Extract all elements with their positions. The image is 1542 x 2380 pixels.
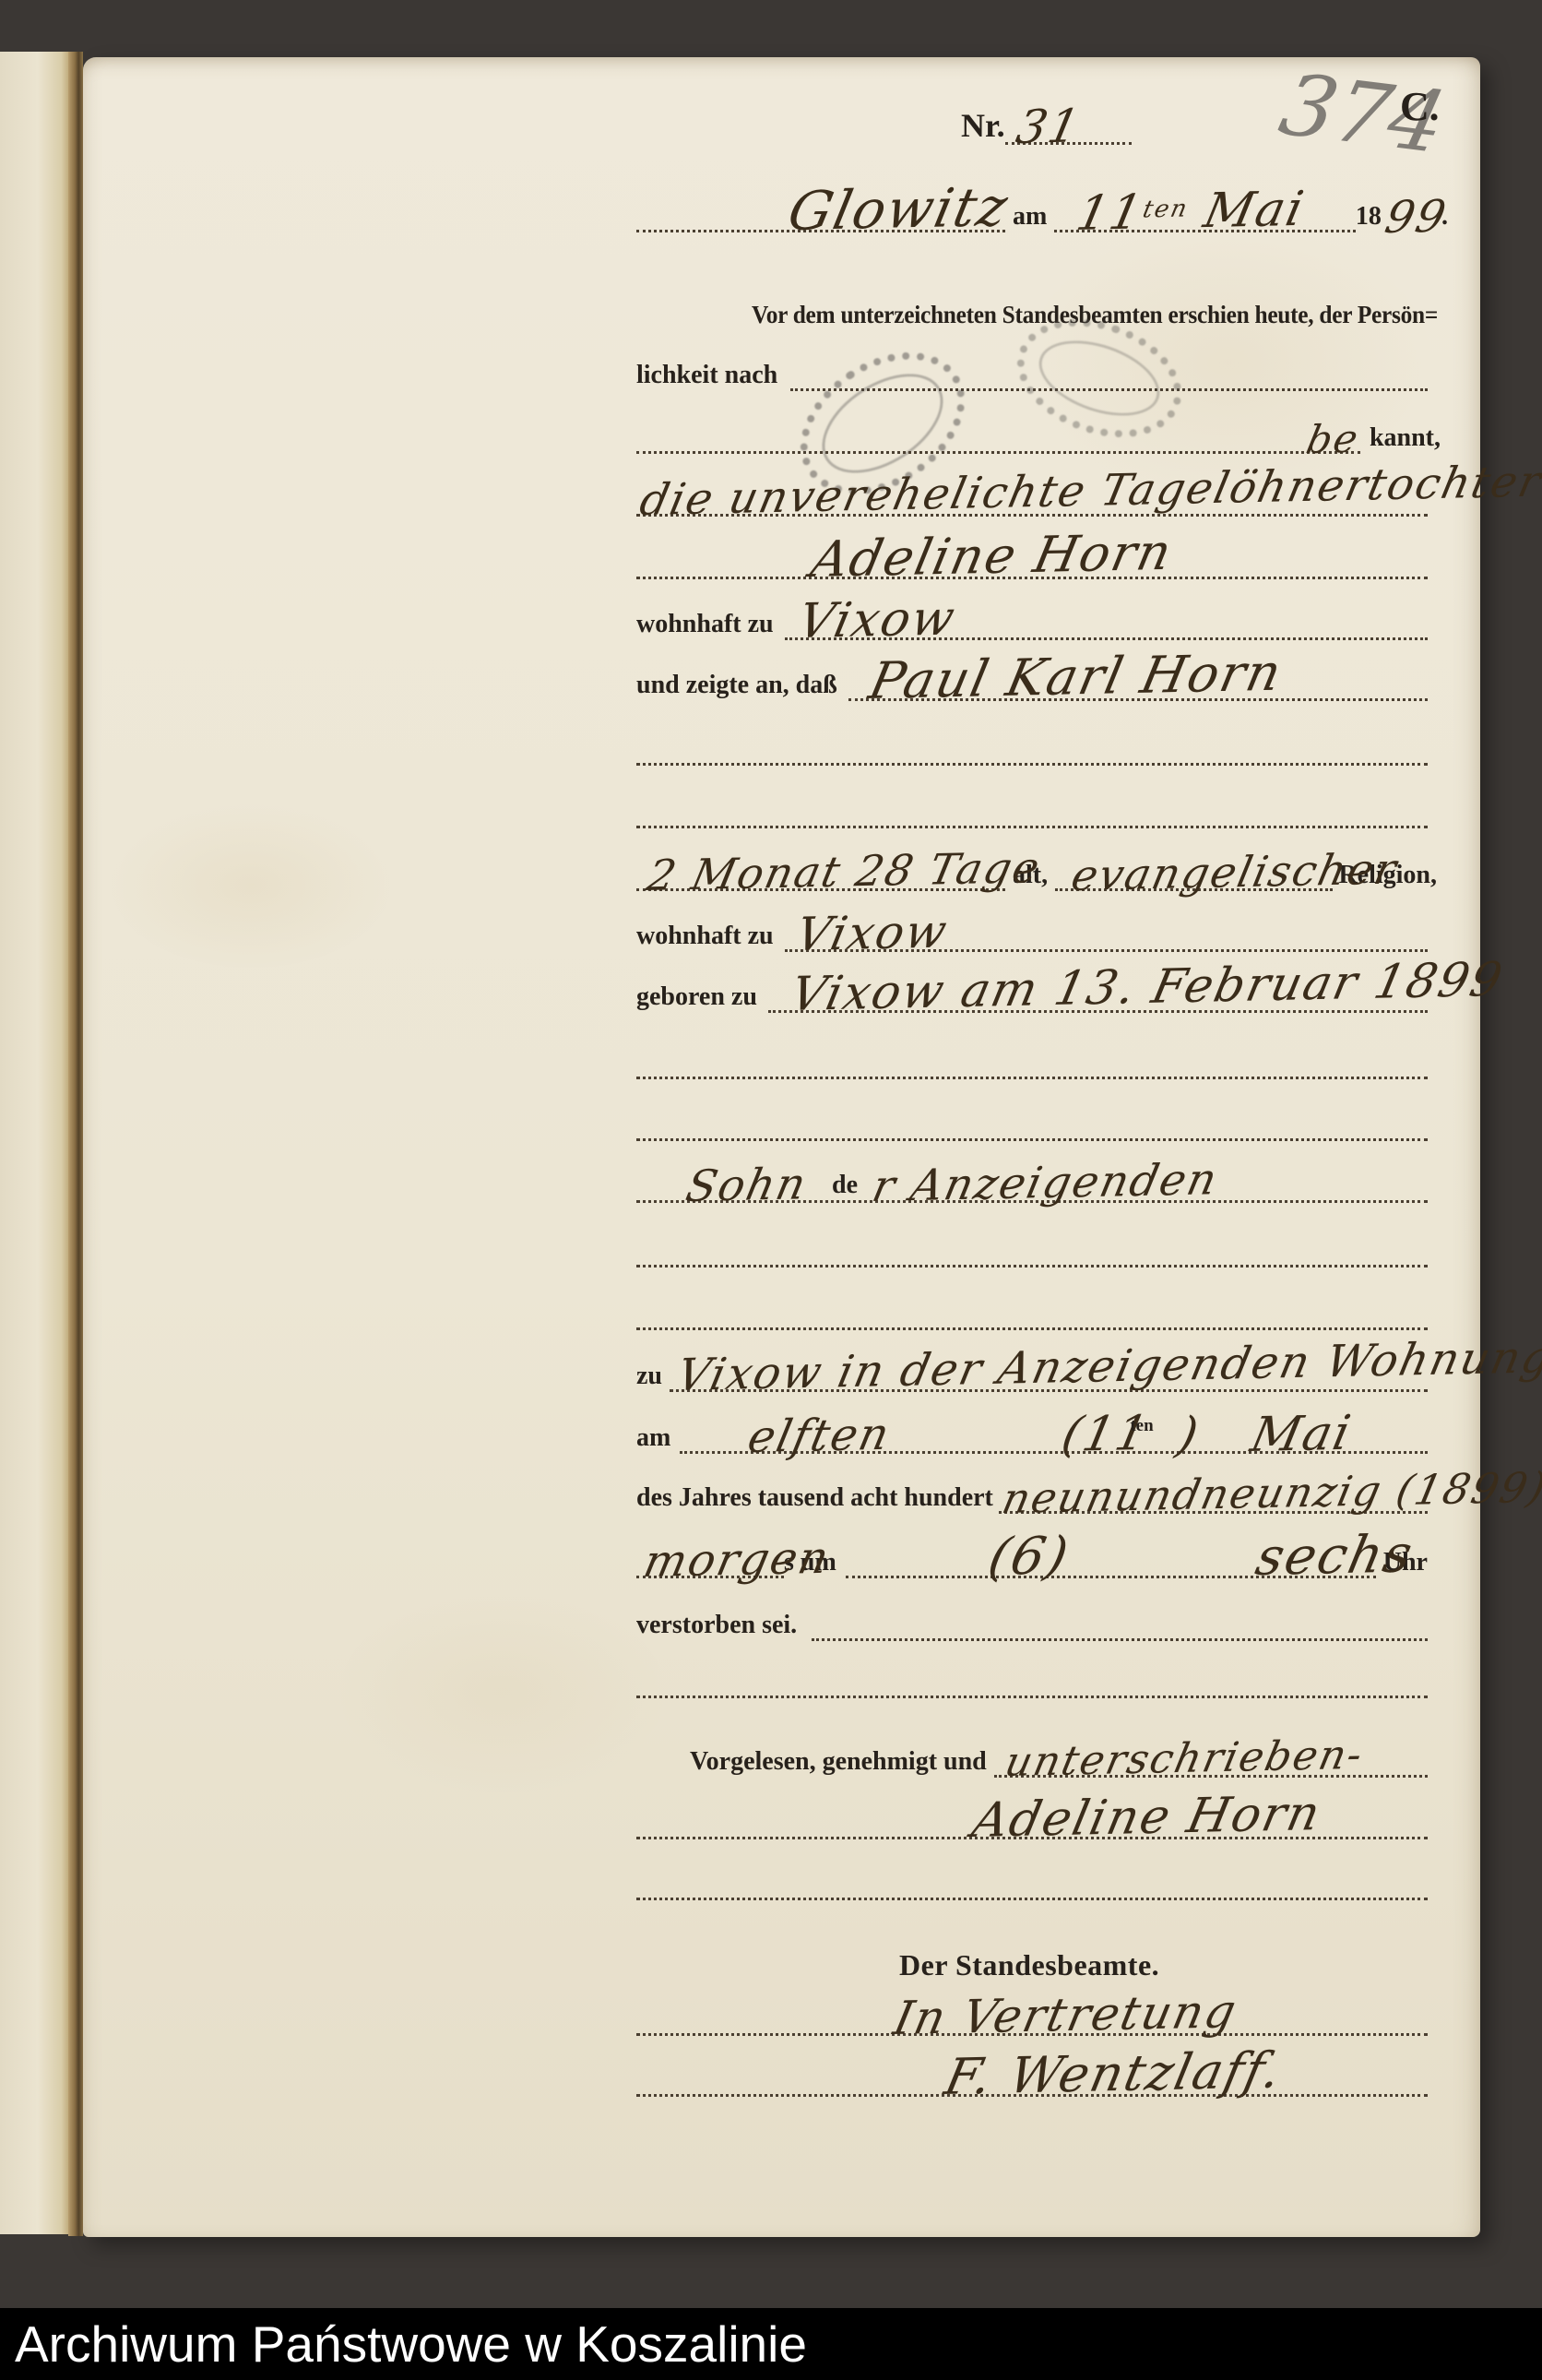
relation-printed: de — [832, 1172, 858, 1198]
born-label: geboren zu — [636, 984, 757, 1013]
declarant-signature-line: Adeline Horn — [636, 1780, 1428, 1839]
empty-line — [636, 707, 1428, 766]
time-fill: (6) sechs — [846, 1517, 1376, 1578]
deceased-name-hw: Paul Karl Horn — [865, 648, 1287, 707]
empty-line — [636, 1082, 1428, 1141]
deceased-name-fill: Paul Karl Horn — [848, 639, 1428, 701]
registrar-signature-line: F. Wentzlaff. — [636, 2038, 1428, 2097]
am-label: am — [1013, 204, 1047, 232]
place-value: Glowitz — [784, 180, 1014, 238]
death-day-line: am elften (11 ten ) Mai — [636, 1395, 1428, 1454]
religion-fill: evangelischer — [1055, 829, 1333, 891]
birth-hw: Vixow am 13. Februar 1899 — [787, 957, 1508, 1018]
deputy-hw: In Vertretung — [890, 1988, 1241, 2041]
declarant-name-line: Adeline Horn — [636, 520, 1428, 579]
declarant-desc-line: die unverehelichte Tagelöhnertochter — [636, 458, 1428, 517]
year-written: 99 — [1382, 195, 1451, 240]
year-printed: 18 — [1356, 204, 1382, 232]
death-year-hw: neunundneunzig (1899) — [999, 1467, 1542, 1519]
relation-line: Sohn de r Anzeigenden — [636, 1144, 1428, 1203]
death-place-fill: Vixow in der Anzeigenden Wohnung — [670, 1330, 1428, 1392]
known-hw: be — [1303, 420, 1363, 459]
known-printed: kannt, — [1370, 425, 1441, 454]
known-line: be kannt, — [636, 395, 1428, 454]
death-day-label: am — [636, 1425, 670, 1454]
registry-document-page: 374 C. Nr. 31 Glowitz am 11ten Mai 18 99… — [83, 57, 1480, 2237]
corner-letter: C. — [1400, 83, 1439, 130]
nr-fill: 31 — [1005, 83, 1132, 145]
time-prefix-fill: morgen — [636, 1517, 784, 1578]
date-day: 11ten Mai — [1073, 185, 1309, 238]
record-number-value: 31 — [1013, 103, 1085, 150]
residence-fill: Vixow — [785, 578, 1428, 640]
death-year-fill: neunundneunzig (1899) — [999, 1452, 1428, 1514]
registrar-signature-hw: F. Wentzlaff. — [941, 2045, 1287, 2102]
died-fill — [812, 1579, 1428, 1641]
read-hw: unterschrieben- — [1002, 1735, 1368, 1783]
age-religion-line: 2 Monat 28 Tage alt, evangelischer Relig… — [636, 832, 1428, 891]
age-fill: 2 Monat 28 Tage — [636, 829, 1005, 891]
time-prefix-hw: morgen — [640, 1536, 834, 1584]
death-place-line: zu Vixow in der Anzeigenden Wohnung — [636, 1333, 1428, 1392]
resident-label: wohnhaft zu — [636, 612, 774, 640]
death-year-line: des Jahres tausend acht hundert neunundn… — [636, 1455, 1428, 1514]
record-number-line: Nr. 31 — [961, 86, 1132, 145]
archive-banner-text: Archiwum Państwowe w Koszalinie — [15, 2314, 807, 2374]
declarant-desc-hw: die unverehelichte Tagelöhnertochter — [636, 460, 1542, 522]
death-day-hw: elften — [744, 1412, 895, 1459]
resident2-label: wohnhaft zu — [636, 923, 774, 952]
empty-line — [636, 1271, 1428, 1330]
empty-line — [636, 1841, 1428, 1900]
residence-hw: Vixow — [794, 594, 960, 646]
declarant-signature-fill: Adeline Horn — [636, 1778, 1428, 1839]
death-time-line: morgen s um (6) sechs Uhr — [636, 1519, 1428, 1578]
death-day-sup: ten — [1130, 1417, 1153, 1434]
read-approved-line: Vorgelesen, genehmigt und unterschrieben… — [636, 1719, 1428, 1778]
residence2-fill: Vixow — [785, 890, 1428, 952]
time-word-hw: sechs — [1251, 1529, 1418, 1584]
empty-line — [636, 1020, 1428, 1079]
known-fill: be — [636, 392, 1360, 454]
date-fill: 11ten Mai — [1054, 171, 1356, 232]
read-fill: unterschrieben- — [994, 1716, 1428, 1778]
registrar-signature-fill: F. Wentzlaff. — [636, 2035, 1428, 2097]
age-hw: 2 Monat 28 Tage — [644, 846, 1045, 897]
relation-fill: Sohn de r Anzeigenden — [636, 1141, 1428, 1203]
residence-line: wohnhaft zu Vixow — [636, 581, 1428, 640]
empty-line — [636, 1639, 1428, 1698]
died-line: verstorben sei. — [636, 1582, 1428, 1641]
death-place-label: zu — [636, 1363, 662, 1392]
nr-label: Nr. — [961, 109, 1005, 145]
birth-fill: Vixow am 13. Februar 1899 — [768, 951, 1428, 1013]
report-label: und zeigte an, daß — [636, 672, 837, 701]
declarant-name-fill: Adeline Horn — [636, 518, 1428, 579]
death-year-label: des Jahres tausend acht hundert — [636, 1485, 993, 1514]
deputy-line: In Vertretung — [636, 1977, 1428, 2036]
declarant-desc-fill: die unverehelichte Tagelöhnertochter — [636, 455, 1428, 517]
empty-line — [636, 769, 1428, 828]
deputy-fill: In Vertretung — [636, 1974, 1428, 2036]
place-date-line: Glowitz am 11ten Mai 18 99 . — [636, 173, 1448, 232]
read-label: Vorgelesen, genehmigt und — [690, 1749, 987, 1778]
residence2-line: wohnhaft zu Vixow — [636, 893, 1428, 952]
religion-hw: evangelischer — [1068, 848, 1402, 897]
birth-line: geboren zu Vixow am 13. Februar 1899 — [636, 954, 1428, 1013]
report-line: und zeigte an, daß Paul Karl Horn — [636, 642, 1428, 701]
place-fill: Glowitz — [636, 171, 1005, 232]
death-place-hw: Vixow in der Anzeigenden Wohnung — [673, 1335, 1542, 1398]
book-fold — [68, 52, 83, 2236]
relation-hw: Sohn — [682, 1162, 812, 1208]
empty-line — [636, 1208, 1428, 1267]
death-day-fill: elften (11 ten ) Mai — [680, 1392, 1428, 1454]
time-paren-hw: (6) — [984, 1530, 1073, 1584]
relation-hw2: r Anzeigenden — [869, 1158, 1222, 1208]
lichkeit-label: lichkeit nach — [636, 363, 777, 391]
declarant-name-hw: Adeline Horn — [807, 528, 1177, 585]
archive-banner: Archiwum Państwowe w Koszalinie — [0, 2308, 1542, 2380]
residence2-hw: Vixow — [792, 909, 953, 958]
declarant-signature-hw: Adeline Horn — [968, 1790, 1325, 1845]
previous-page-edge — [0, 52, 68, 2234]
